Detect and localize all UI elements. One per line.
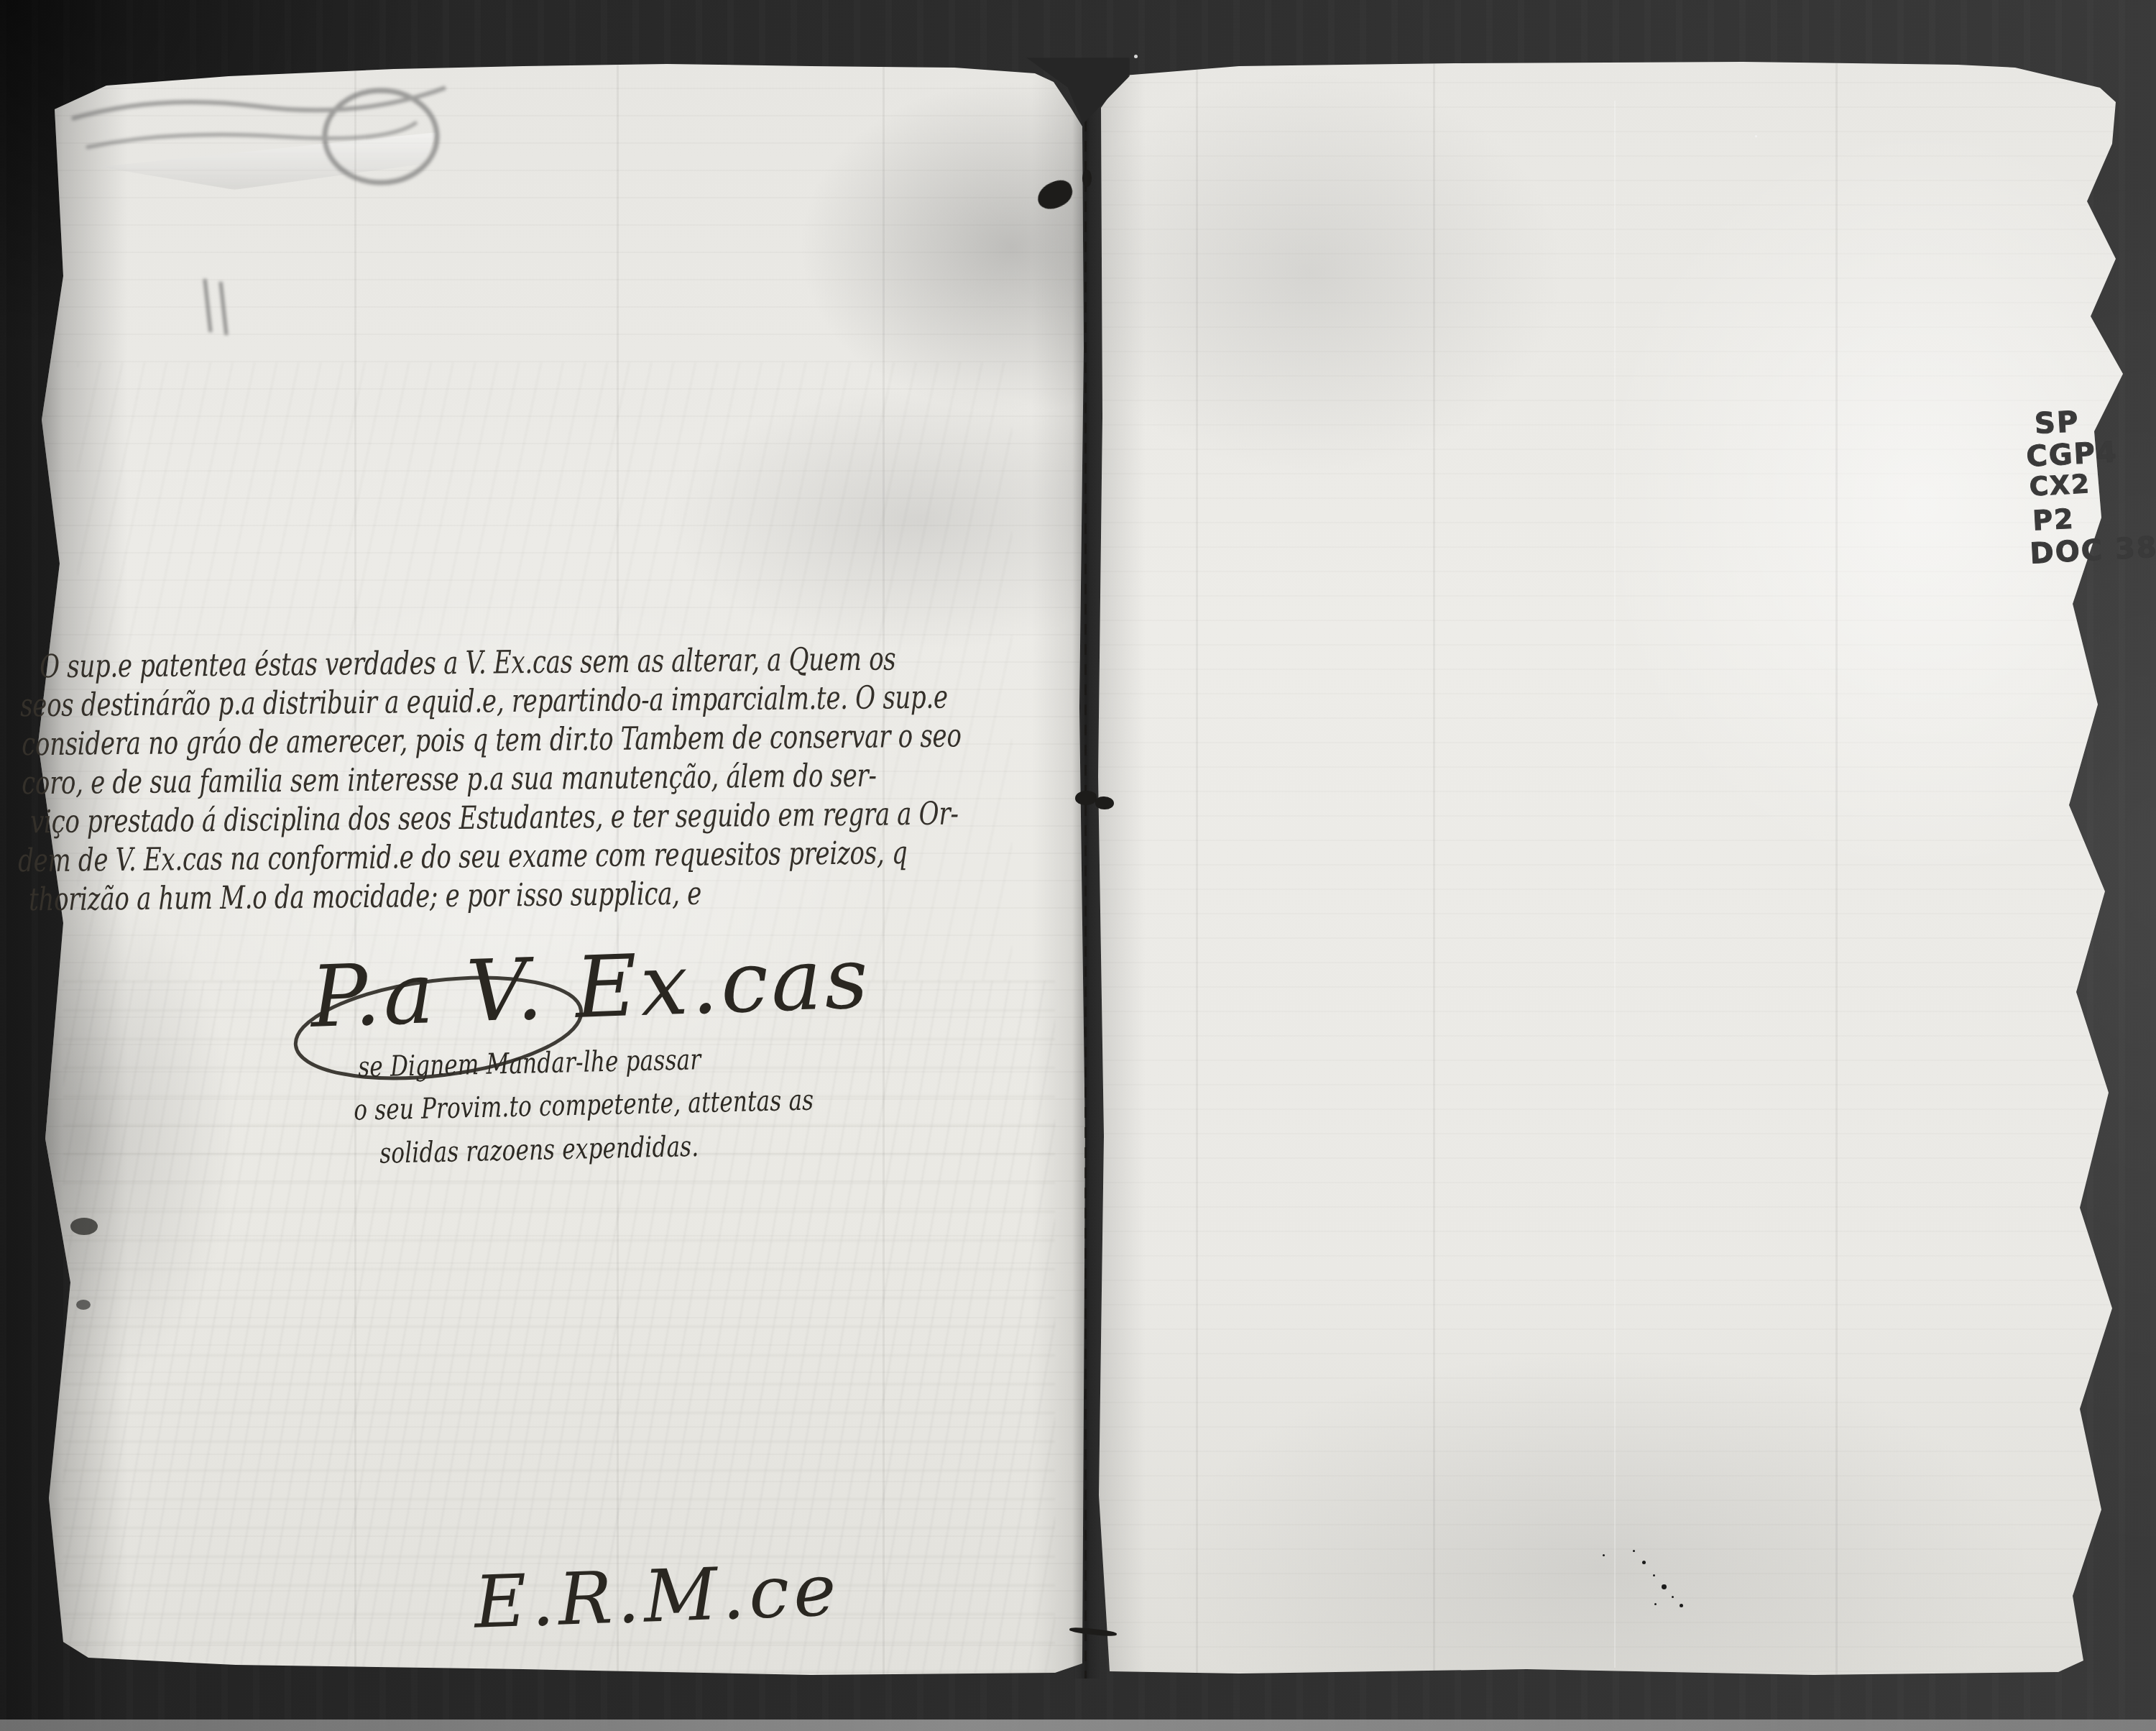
- archival-codes: SP CGP4 CX2 P2 DOC 38: [2022, 402, 2156, 570]
- closing-formula: E.R.M.ce: [473, 1548, 842, 1645]
- binding-gutter: [1072, 101, 1101, 1679]
- ink-blot: [1095, 796, 1114, 809]
- edge-damage: [70, 1218, 98, 1235]
- dust-speck: [1134, 55, 1138, 58]
- ink-blot: [1082, 170, 1092, 187]
- ink-speck-trail: [1633, 1550, 1635, 1552]
- vertical-crease: [1196, 58, 1198, 1684]
- manuscript-line: O sup.e patentea éstas verdades a V. Ex.…: [40, 640, 896, 686]
- dust-speck: [1755, 135, 1757, 137]
- scanned-document-photo: O sup.e patentea éstas verdades a V. Ex.…: [0, 0, 2156, 1731]
- edge-damage: [76, 1300, 91, 1310]
- bleedthrough-ghost-writing: [43, 50, 589, 424]
- right-page: [1095, 58, 2132, 1684]
- manuscript-line: coro, e de sua familia sem interesse p.a…: [22, 757, 877, 802]
- vertical-crease: [1433, 58, 1435, 1684]
- scanner-bed-edge: [0, 1719, 2156, 1731]
- archival-code: DOC 38: [2029, 531, 2156, 569]
- vertical-crease: [1614, 101, 1616, 1668]
- vertical-crease: [1835, 58, 1838, 1684]
- manuscript-line: thorizão a hum M.o da mocidade; e por is…: [29, 876, 701, 919]
- petition-salutation: P.a V. Ex.cas: [309, 928, 872, 1047]
- ink-blot: [1075, 791, 1097, 805]
